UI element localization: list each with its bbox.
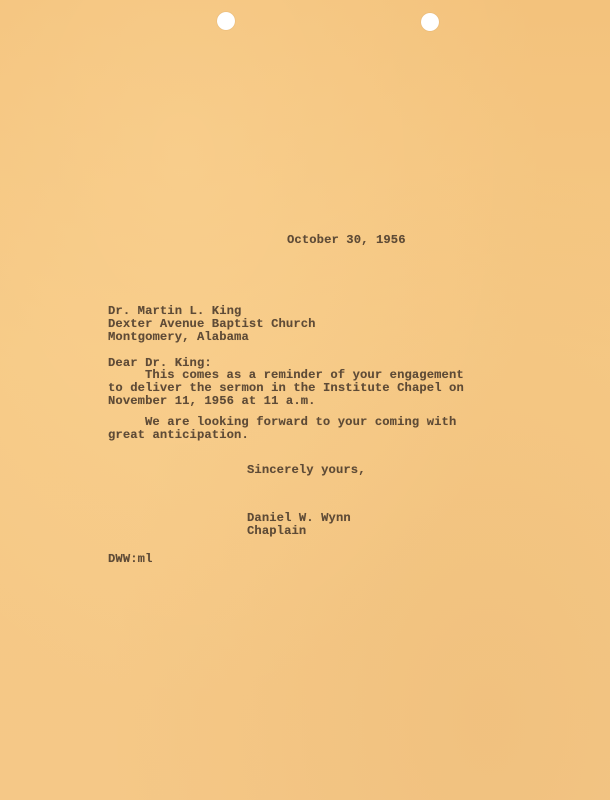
recipient-location: Montgomery, Alabama	[108, 331, 249, 344]
body-paragraph1-line3: November 11, 1956 at 11 a.m.	[108, 395, 316, 408]
punch-hole-right	[421, 13, 439, 31]
letter-date: October 30, 1956	[287, 234, 406, 247]
body-paragraph2-line2: great anticipation.	[108, 429, 249, 442]
reference-initials: DWW:ml	[108, 553, 152, 566]
closing: Sincerely yours,	[247, 464, 366, 477]
letter-paper: October 30, 1956 Dr. Martin L. King Dext…	[0, 0, 610, 800]
signature-title: Chaplain	[247, 525, 306, 538]
punch-hole-left	[217, 12, 235, 30]
